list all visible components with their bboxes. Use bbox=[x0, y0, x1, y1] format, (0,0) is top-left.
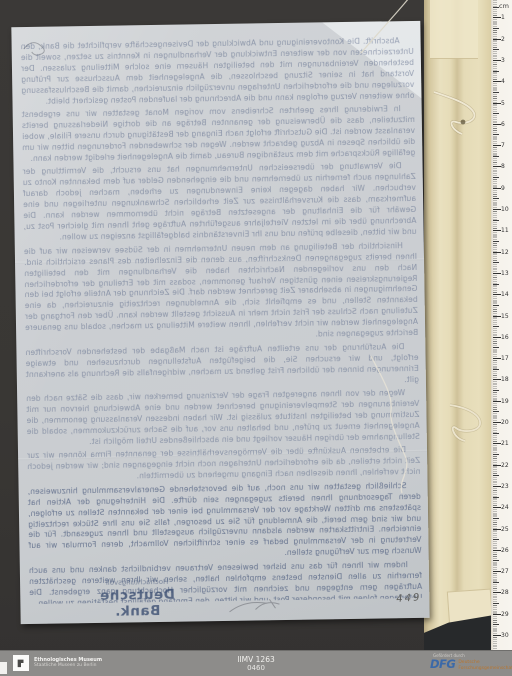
ruler-cm-tick bbox=[493, 507, 501, 508]
body-paragraph: Die Ausführung der uns erteilten Aufträg… bbox=[25, 342, 419, 392]
ruler-cm-tick bbox=[493, 294, 501, 295]
ruler-cm-label: 19 bbox=[501, 398, 511, 405]
binding-paper-tab-top bbox=[430, 0, 478, 59]
ruler-half-cm-tick bbox=[493, 454, 499, 455]
ruler-cm-label: 12 bbox=[501, 249, 511, 256]
ruler-cm-tick bbox=[493, 81, 501, 82]
ruler-cm-label: 21 bbox=[501, 440, 511, 447]
ruler-half-cm-tick bbox=[493, 560, 499, 561]
ruler-cm-tick bbox=[493, 60, 501, 61]
ruler-half-cm-tick bbox=[493, 49, 499, 50]
ruler-cm-label: 11 bbox=[501, 227, 511, 234]
ruler-half-cm-tick bbox=[493, 262, 499, 263]
ruler-cm-label: 3 bbox=[501, 57, 511, 64]
dfg-logo: DFG bbox=[430, 658, 455, 671]
ruler-cm-tick bbox=[493, 592, 501, 593]
ruler-cm-tick bbox=[493, 465, 501, 466]
ruler-cm-tick bbox=[493, 443, 501, 444]
ruler-cm-tick bbox=[493, 550, 501, 551]
ruler-cm-tick bbox=[493, 486, 501, 487]
ruler-cm-tick bbox=[493, 252, 501, 253]
archive-footer-bar: Ethnologisches Museum Staatliche Museen … bbox=[0, 650, 512, 676]
ruler-half-cm-tick bbox=[493, 7, 499, 8]
ruler-cm-label: 13 bbox=[501, 270, 511, 277]
ruler-cm-tick bbox=[493, 209, 501, 210]
ruler-half-cm-tick bbox=[493, 624, 499, 625]
ruler-cm-tick bbox=[493, 635, 501, 636]
ruler-half-cm-tick bbox=[493, 241, 499, 242]
body-paragraph: Schließlich gestatten wir uns noch, auf … bbox=[28, 481, 422, 564]
signature-block: Hochachtungsvoll Deutsche Bank. bbox=[82, 577, 193, 620]
ruler-cm-label: 20 bbox=[501, 419, 511, 426]
ruler-cm-tick bbox=[493, 145, 501, 146]
ruler-cm-label: 6 bbox=[501, 121, 511, 128]
ruler-cm-label: 22 bbox=[501, 462, 511, 469]
ruler-cm-tick bbox=[493, 422, 501, 423]
body-paragraph: Wegen der von Ihnen angeregten Frage der… bbox=[26, 388, 420, 449]
ruler-cm-tick bbox=[493, 166, 501, 167]
ruler-unit-label: cm bbox=[499, 2, 509, 10]
ruler-cm-tick bbox=[493, 529, 501, 530]
ruler-half-cm-tick bbox=[493, 411, 499, 412]
ruler-cm-tick bbox=[493, 273, 501, 274]
ruler-cm-tick bbox=[493, 188, 501, 189]
ruler-half-cm-tick bbox=[493, 156, 499, 157]
ruler-cm-label: 10 bbox=[501, 206, 511, 213]
measuring-ruler: cm 1234567891011121314151617181920212223… bbox=[491, 0, 512, 651]
ruler-half-cm-tick bbox=[493, 433, 499, 434]
body-paragraph: In Erwiderung Ihres geehrten Schreibens … bbox=[22, 104, 416, 165]
ruler-cm-tick bbox=[493, 379, 501, 380]
ruler-cm-label: 14 bbox=[501, 291, 511, 298]
scan-viewer: cm 1234567891011121314151617181920212223… bbox=[0, 0, 512, 676]
ruler-cm-tick bbox=[493, 39, 501, 40]
ruler-half-cm-tick bbox=[493, 369, 499, 370]
ruler-cm-label: 16 bbox=[501, 334, 511, 341]
ruler-cm-label: 25 bbox=[501, 526, 511, 533]
ruler-half-cm-tick bbox=[493, 539, 499, 540]
ruler-cm-label: 18 bbox=[501, 376, 511, 383]
ruler-cm-label: 24 bbox=[501, 504, 511, 511]
ruler-cm-tick bbox=[493, 230, 501, 231]
funder-name-line2: Forschungsgemeinschaft bbox=[458, 666, 512, 672]
ruler-cm-label: 2 bbox=[501, 36, 511, 43]
funder-branding: Gefördert durch DFG Deutsche Forschungsg… bbox=[430, 653, 510, 671]
body-paragraph: Hinsichtlich der Beteiligung an dem neue… bbox=[24, 241, 418, 346]
ruler-cm-tick bbox=[493, 401, 501, 402]
ruler-cm-label: 9 bbox=[501, 185, 511, 192]
ruler-half-cm-tick bbox=[493, 582, 499, 583]
ruler-cm-tick bbox=[493, 571, 501, 572]
ruler-half-cm-tick bbox=[493, 113, 499, 114]
ruler-half-cm-tick bbox=[493, 134, 499, 135]
ruler-half-cm-tick bbox=[493, 518, 499, 519]
ruler-cm-label: 4 bbox=[501, 78, 511, 85]
ruler-cm-label: 7 bbox=[501, 142, 511, 149]
body-paragraph: Die Verwaltung der überseeischen Unterne… bbox=[23, 161, 417, 244]
body-paragraph: Die erbetenen Auskünfte über die Vermöge… bbox=[27, 445, 420, 484]
ruler-half-cm-tick bbox=[493, 390, 499, 391]
ruler-cm-label: 8 bbox=[501, 163, 511, 170]
body-text: Abschrift. Die Kontovereinigung und Abwi… bbox=[21, 36, 423, 604]
ruler-half-cm-tick bbox=[493, 28, 499, 29]
ruler-cm-label: 15 bbox=[501, 313, 511, 320]
ruler-half-cm-tick bbox=[493, 177, 499, 178]
ruler-cm-tick bbox=[493, 614, 501, 615]
ruler-half-cm-tick bbox=[493, 326, 499, 327]
document-page: Abschrift. Die Kontovereinigung und Abwi… bbox=[11, 21, 429, 624]
ruler-half-cm-tick bbox=[493, 603, 499, 604]
sender-name: Deutsche Bank. bbox=[82, 586, 192, 620]
ruler-cm-tick bbox=[493, 337, 501, 338]
ruler-cm-label: 1 bbox=[501, 14, 511, 21]
ruler-cm-tick bbox=[493, 358, 501, 359]
ruler-half-cm-tick bbox=[493, 92, 499, 93]
ruler-half-cm-tick bbox=[493, 475, 499, 476]
pencil-page-number: 449 bbox=[396, 592, 422, 605]
ruler-cm-tick bbox=[493, 316, 501, 317]
ruler-cm-label: 5 bbox=[501, 100, 511, 107]
ruler-cm-tick bbox=[493, 124, 501, 125]
ruler-half-cm-tick bbox=[493, 497, 499, 498]
album-binding-strip bbox=[424, 0, 494, 650]
ruler-half-cm-tick bbox=[493, 71, 499, 72]
ruler-cm-tick bbox=[493, 17, 501, 18]
ruler-half-cm-tick bbox=[493, 347, 499, 348]
ruler-half-cm-tick bbox=[493, 284, 499, 285]
ruler-cm-label: 26 bbox=[501, 547, 511, 554]
ruler-half-cm-tick bbox=[493, 305, 499, 306]
ruler-cm-label: 28 bbox=[501, 589, 511, 596]
ruler-half-cm-tick bbox=[493, 220, 499, 221]
ruler-cm-label: 17 bbox=[501, 355, 511, 362]
ruler-cm-label: 23 bbox=[501, 483, 511, 490]
ruler-cm-label: 30 bbox=[501, 632, 511, 639]
ruler-cm-tick bbox=[493, 103, 501, 104]
ruler-cm-label: 27 bbox=[501, 568, 511, 575]
ruler-cm-label: 29 bbox=[501, 611, 511, 618]
body-paragraph: Abschrift. Die Kontovereinigung und Abwi… bbox=[21, 36, 415, 108]
ruler-half-cm-tick bbox=[493, 198, 499, 199]
